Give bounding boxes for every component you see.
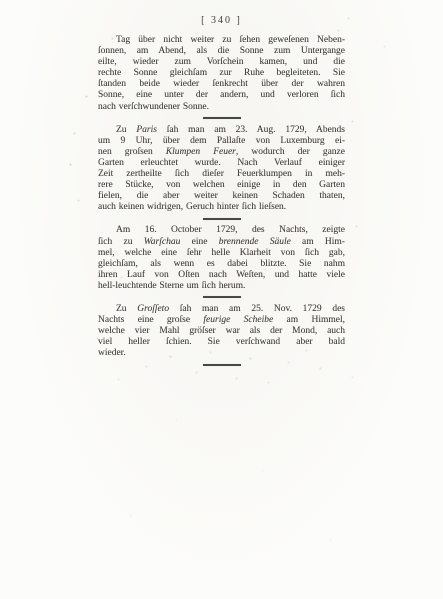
text-line: Tag über nicht weiter zu ſehen geweſenen… <box>98 35 345 46</box>
page-number: [ 340 ] <box>98 15 345 27</box>
paragraph: Tag über nicht weiter zu ſehen geweſenen… <box>98 35 345 113</box>
scanned-book-page: [ 340 ] Tag über nicht weiter zu ſehen g… <box>0 0 443 599</box>
text-line: nach verſchwundener Sonne. <box>98 102 345 113</box>
text-line: wieder. <box>98 348 345 359</box>
section-divider <box>98 116 345 121</box>
text-line: nen groſsen Klumpen Feuer, wodurch der g… <box>98 147 345 158</box>
divider-rule <box>203 364 241 366</box>
text-line: Zeit zertheilte ſich dieſer Feuerklumpen… <box>98 169 345 180</box>
text-line: Sonne, eine unter der andern, und verlor… <box>98 90 345 101</box>
paragraph: Am 16. October 1729, des Nachts, zeigteſ… <box>98 225 345 292</box>
paragraph: Zu Groſſeto ſah man am 25. Nov. 1729 des… <box>98 304 345 359</box>
text-line: rechte Sonne gleichſam zur Ruhe begleite… <box>98 68 345 79</box>
text-line: welche vier Mahl gröſser war als der Mon… <box>98 326 345 337</box>
text-line: Zu Paris ſah man am 23. Aug. 1729, Abend… <box>98 125 345 136</box>
text-line: viel heller ſchien. Sie verſchwand aber … <box>98 337 345 348</box>
text-line: auch keinen widrigen, Geruch hinter ſich… <box>98 202 345 213</box>
text-line: ihren Lauf von Oſten nach Weſten, und ha… <box>98 270 345 281</box>
text-line: Zu Groſſeto ſah man am 25. Nov. 1729 des <box>98 304 345 315</box>
divider-rule <box>203 218 241 220</box>
divider-rule <box>203 117 241 119</box>
text-line: Am 16. October 1729, des Nachts, zeigte <box>98 225 345 236</box>
text-line: ſtanden beide wieder ſenkrecht über der … <box>98 79 345 90</box>
section-divider <box>98 295 345 300</box>
text-line: gleichſam, als wenn es dabei blitzte. Si… <box>98 259 345 270</box>
text-line: Garten erleuchtet wurde. Nach Verlauf ei… <box>98 158 345 169</box>
text-line: um 9 Uhr, über dem Pallaſte von Luxembur… <box>98 136 345 147</box>
text-line: ſich zu Warſchau eine brennende Säule am… <box>98 237 345 248</box>
text-line: mel, welche eine ſehr helle Klarheit von… <box>98 248 345 259</box>
text-line: ſonnen, am Abend, als die Sonne zum Unte… <box>98 46 345 57</box>
text-line: hell-leuchtende Sterne um ſich herum. <box>98 281 345 292</box>
paper-noise <box>0 0 1 1</box>
section-divider <box>98 216 345 221</box>
text-body: Tag über nicht weiter zu ſehen geweſenen… <box>98 35 345 367</box>
text-line: eilte, wieder zum Vorſchein kamen, und d… <box>98 57 345 68</box>
text-block: [ 340 ] Tag über nicht weiter zu ſehen g… <box>98 15 345 371</box>
section-divider <box>98 362 345 367</box>
text-line: Nachts eine groſse feurige Scheibe am Hi… <box>98 315 345 326</box>
divider-rule <box>203 296 241 298</box>
paragraph: Zu Paris ſah man am 23. Aug. 1729, Abend… <box>98 125 345 214</box>
text-line: fielen, die aber weiter keinen Schaden t… <box>98 191 345 202</box>
text-line: rere Stücke, von welchen einige in den G… <box>98 180 345 191</box>
